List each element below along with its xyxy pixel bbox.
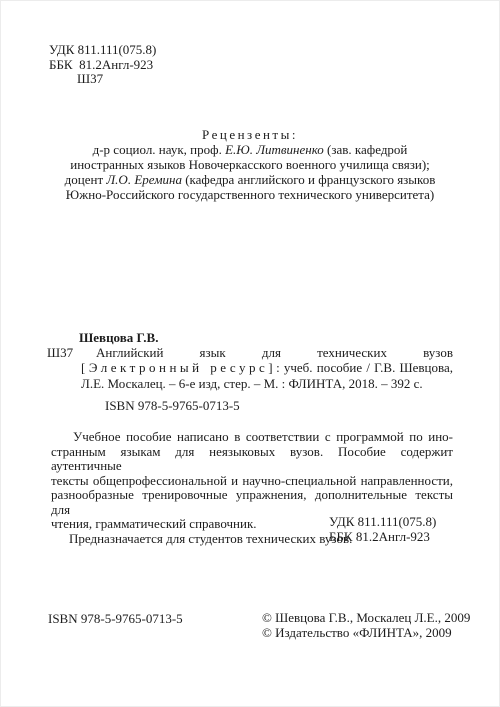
reviewer-line-3: доцент Л.О. Еремина (кафедра английского… [1, 173, 499, 188]
edition-statement-start: : учеб. пособие / Г.В. Шевцова, [276, 360, 453, 375]
reviewer-1-name: Е.Ю. Литвиненко [225, 142, 324, 157]
entry-title-line: Ш37 Английский язык для технических вузо… [47, 345, 453, 360]
author-sign-entry: Ш37 [47, 345, 73, 360]
book-title: Английский язык для технических вузов [96, 345, 453, 360]
resource-type: [Электронный ресурс] [81, 360, 276, 375]
reviewer-2-name: Л.О. Еремина [106, 172, 182, 187]
isbn-entry: ISBN 978-5-9765-0713-5 [105, 398, 240, 414]
reviewer-1-degree: д-р социол. наук, проф. [93, 142, 225, 157]
entry-author: Шевцова Г.В. [47, 330, 453, 345]
reviewer-line-4: Южно-Российского государственного технич… [1, 188, 499, 203]
annotation-line-2: странным языкам для неязыковых вузов. По… [51, 445, 453, 474]
reviewers-section: Рецензенты: д-р социол. наук, проф. Е.Ю.… [1, 128, 499, 202]
reviewers-heading: Рецензенты: [1, 128, 499, 143]
copyright-publisher: © Издательство «ФЛИНТА», 2009 [262, 626, 470, 641]
reviewer-2-affiliation-start: (кафедра английского и французского язык… [182, 172, 435, 187]
author-sign-top: Ш37 [49, 72, 156, 87]
bbk-code-bottom: ББК 81.2Англ-923 [329, 530, 436, 545]
entry-imprint-line: Л.Е. Москалец. – 6-е изд, стер. – М. : Ф… [81, 376, 453, 391]
copyright-block: © Шевцова Г.В., Москалец Л.Е., 2009 © Из… [262, 611, 470, 640]
copyright-authors: © Шевцова Г.В., Москалец Л.Е., 2009 [262, 611, 470, 626]
annotation-line-3: тексты общепрофессиональной и научно-спе… [51, 474, 453, 489]
udk-code-top: УДК 811.111(075.8) [49, 43, 156, 58]
book-imprint-page: УДК 811.111(075.8) ББК 81.2Англ-923 Ш37 … [0, 0, 500, 707]
annotation-line-4: разнообразные тренировочные упражнения, … [51, 488, 453, 517]
reviewer-line-2: иностранных языков Новочеркасского военн… [1, 158, 499, 173]
reviewer-2-degree: доцент [65, 172, 107, 187]
entry-resource-line: [Электронный ресурс]: учеб. пособие / Г.… [81, 360, 453, 375]
reviewer-1-affiliation-start: (зав. кафедрой [324, 142, 408, 157]
isbn-footer: ISBN 978-5-9765-0713-5 [48, 611, 183, 627]
udk-code-bottom: УДК 811.111(075.8) [329, 515, 436, 530]
reviewer-line-1: д-р социол. наук, проф. Е.Ю. Литвиненко … [1, 143, 499, 158]
classification-codes-top: УДК 811.111(075.8) ББК 81.2Англ-923 Ш37 [49, 43, 156, 87]
annotation-line-1: Учебное пособие написано в соответствии … [51, 430, 453, 445]
classification-codes-bottom: УДК 811.111(075.8) ББК 81.2Англ-923 [329, 515, 436, 544]
bibliographic-entry: Шевцова Г.В. Ш37 Английский язык для тех… [47, 330, 453, 391]
bbk-code-top: ББК 81.2Англ-923 [49, 58, 156, 73]
